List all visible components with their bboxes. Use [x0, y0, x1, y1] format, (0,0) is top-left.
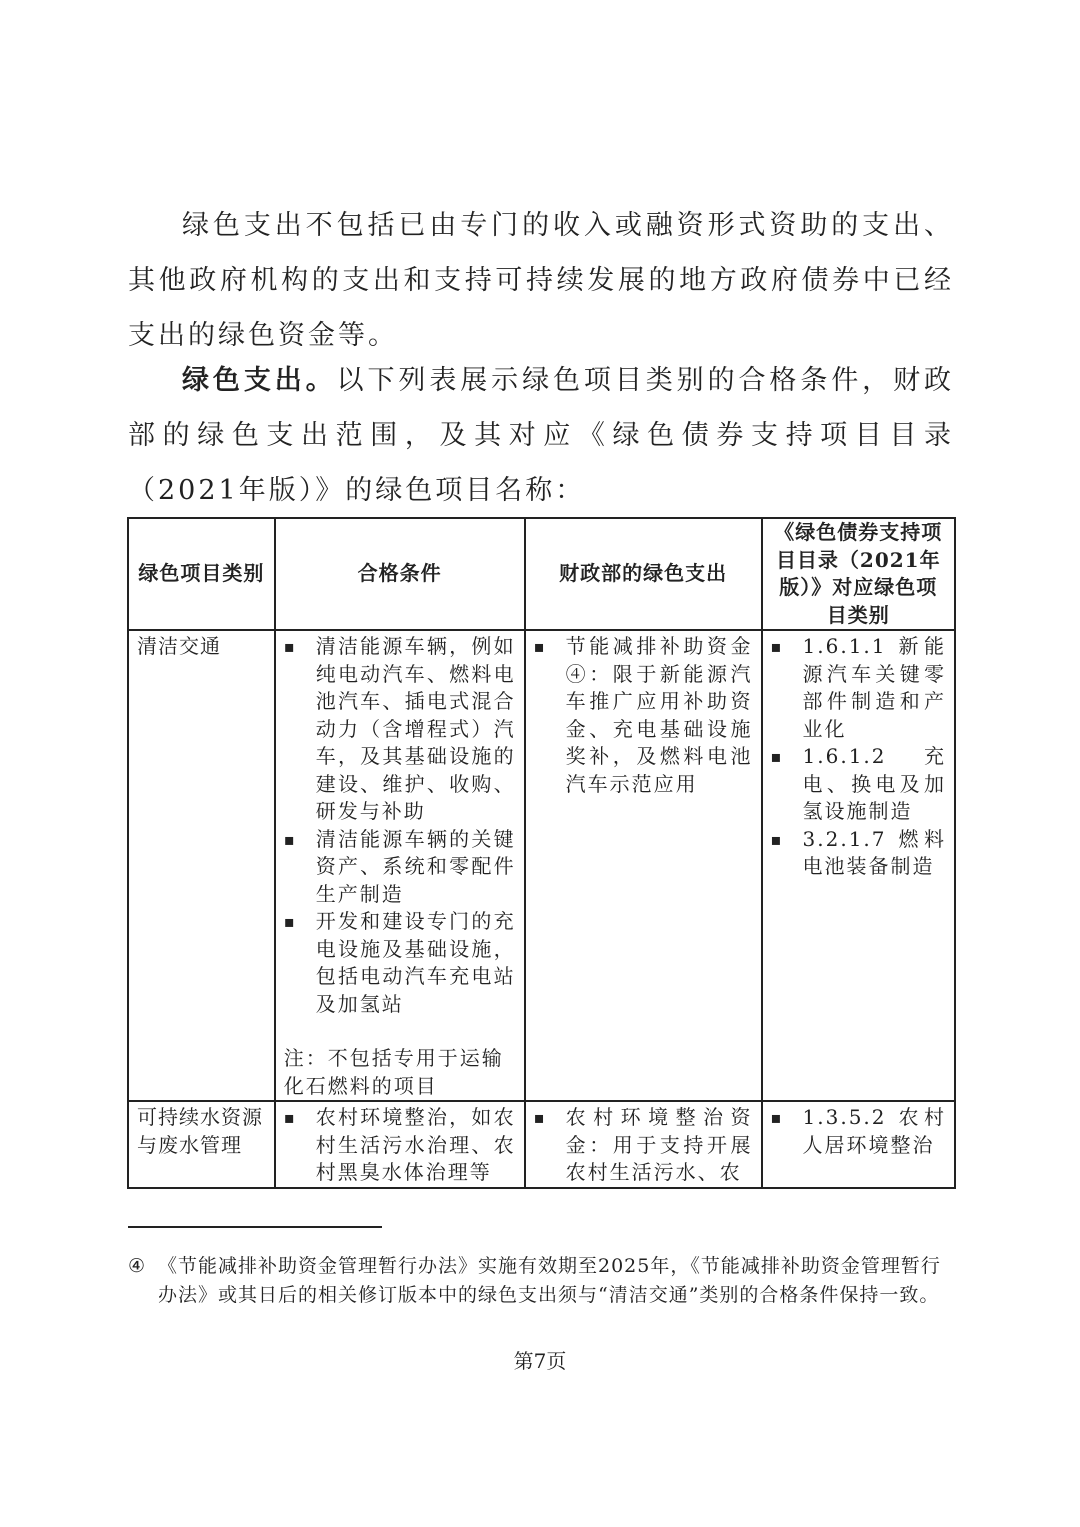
list-item: 1.6.1.2 充电、换电及加氢设施制造 [771, 743, 946, 826]
footnote-text: 《节能减排补助资金管理暂行办法》实施有效期至2025年，《节能减排补助资金管理暂… [158, 1252, 954, 1310]
list-item: 农村环境整治资金：用于支持开展农村生活污水、农 [534, 1104, 753, 1187]
footnote-mark: ④ [128, 1252, 145, 1281]
footnote-divider [128, 1226, 382, 1228]
cell-mof-spending: 节能减排补助资金④：限于新能源汽车推广应用补助资金、充电基础设施奖补，及燃料电池… [525, 630, 762, 1101]
header-category: 绿色项目类别 [128, 518, 275, 630]
cell-mof-spending: 农村环境整治资金：用于支持开展农村生活污水、农 [525, 1101, 762, 1188]
list-item: 1.6.1.1 新能源汽车关键零部件制造和产业化 [771, 633, 946, 743]
cell-catalogue: 1.6.1.1 新能源汽车关键零部件制造和产业化 1.6.1.2 充电、换电及加… [762, 630, 955, 1101]
cell-criteria: 清洁能源车辆，例如纯电动汽车、燃料电池汽车、插电式混合动力（含增程式）汽车，及其… [275, 630, 525, 1101]
header-catalogue: 《绿色债券支持项目目录（2021年版）》对应绿色项目类别 [762, 518, 955, 630]
paragraph-green-spending-intro: 绿色支出。以下列表展示绿色项目类别的合格条件，财政部的绿色支出范围，及其对应《绿… [128, 353, 954, 518]
header-mof-spending: 财政部的绿色支出 [525, 518, 762, 630]
cell-catalogue: 1.3.5.2 农村人居环境整治 [762, 1101, 955, 1188]
list-item: 1.3.5.2 农村人居环境整治 [771, 1104, 946, 1159]
page-number: 第7页 [0, 1345, 1080, 1374]
paragraph-lead-bold: 绿色支出。 [182, 365, 337, 396]
list-item: 开发和建设专门的充电设施及基础设施，包括电动汽车充电站及加氢站 [284, 908, 516, 1018]
list-item: 清洁能源车辆的关键资产、系统和零配件生产制造 [284, 826, 516, 909]
criteria-note: 注：不包括专用于运输化石燃料的项目 [284, 1045, 516, 1100]
table-row: 可持续水资源与废水管理 农村环境整治，如农村生活污水治理、农村黑臭水体治理等 农… [128, 1101, 955, 1188]
table-header-row: 绿色项目类别 合格条件 财政部的绿色支出 《绿色债券支持项目目录（2021年版）… [128, 518, 955, 630]
list-item: 农村环境整治，如农村生活污水治理、农村黑臭水体治理等 [284, 1104, 516, 1187]
cell-category: 可持续水资源与废水管理 [128, 1101, 275, 1188]
cell-criteria: 农村环境整治，如农村生活污水治理、农村黑臭水体治理等 [275, 1101, 525, 1188]
document-page: 绿色支出不包括已由专门的收入或融资形式资助的支出、其他政府机构的支出和支持可持续… [0, 0, 1080, 1527]
paragraph-green-spending-exclusions: 绿色支出不包括已由专门的收入或融资形式资助的支出、其他政府机构的支出和支持可持续… [128, 198, 954, 363]
list-item: 清洁能源车辆，例如纯电动汽车、燃料电池汽车、插电式混合动力（含增程式）汽车，及其… [284, 633, 516, 826]
green-project-table: 绿色项目类别 合格条件 财政部的绿色支出 《绿色债券支持项目目录（2021年版）… [127, 517, 956, 1189]
header-criteria: 合格条件 [275, 518, 525, 630]
table-row: 清洁交通 清洁能源车辆，例如纯电动汽车、燃料电池汽车、插电式混合动力（含增程式）… [128, 630, 955, 1101]
list-item: 3.2.1.7 燃料电池装备制造 [771, 826, 946, 881]
footnote: ④ 《节能减排补助资金管理暂行办法》实施有效期至2025年，《节能减排补助资金管… [128, 1252, 954, 1310]
list-item: 节能减排补助资金④：限于新能源汽车推广应用补助资金、充电基础设施奖补，及燃料电池… [534, 633, 753, 798]
cell-category: 清洁交通 [128, 630, 275, 1101]
